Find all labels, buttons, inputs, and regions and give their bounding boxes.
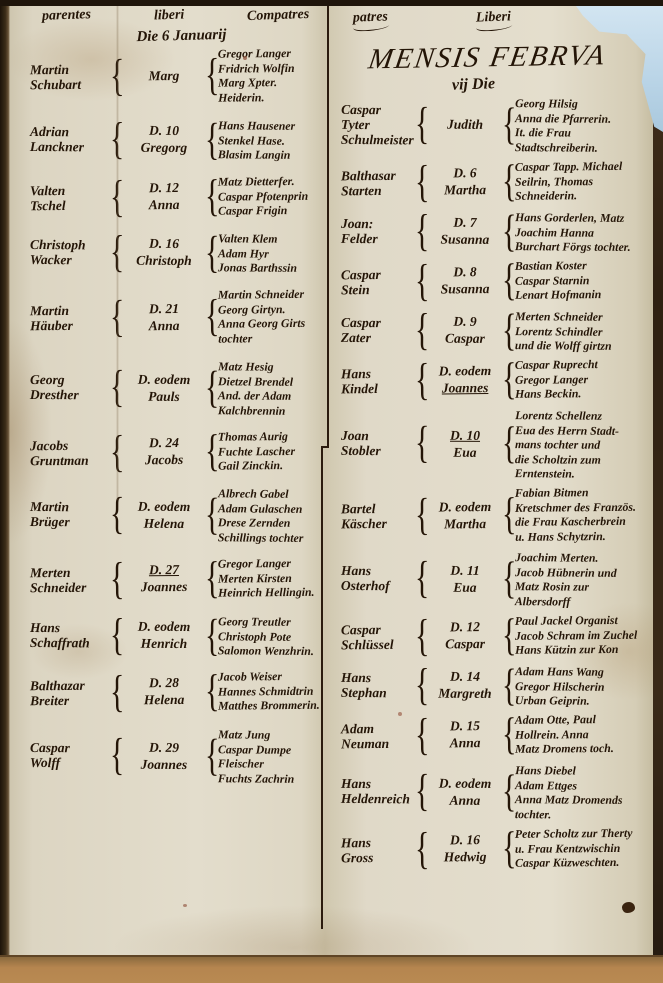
entry-child-name: Gregorg <box>123 140 205 157</box>
entry-child-name: Anna <box>428 735 502 752</box>
entry-parent-name: Jacobs Gruntman <box>30 437 110 468</box>
header-liberi: liberi <box>153 7 184 24</box>
register-entry: Martin Brüger { D. eodem Helena { Albrec… <box>30 485 323 545</box>
entry-date: D. 27 <box>123 562 205 579</box>
brace-icon: { <box>205 712 219 799</box>
entry-child-name: Henrich <box>123 635 205 652</box>
register-entry: Jacobs Gruntman { D. 24 Jacobs { Thomas … <box>30 428 323 474</box>
entry-middle: D. 12 Anna <box>123 180 205 214</box>
register-entry: Caspar Zater { D. 9 Caspar { Merten Schn… <box>341 307 646 353</box>
entry-middle: D. eodem Helena <box>123 498 205 532</box>
entry-middle: D. 8 Susanna <box>428 264 502 298</box>
brace-icon: { <box>110 602 123 667</box>
month-title: MENSIS FEBRVA <box>366 39 649 77</box>
register-entry: Hans Schaffrath { D. eodem Henrich { Geo… <box>30 612 323 658</box>
entry-parent-name: Bartel Käscher <box>341 501 415 532</box>
entry-middle: D. 16 Christoph <box>123 236 205 270</box>
entry-child-name: Eua <box>428 444 502 461</box>
register-entry: Hans Heldenreich { D. eodem Anna { Hans … <box>341 761 646 821</box>
entry-godparents: Adam Otte, Paul Hollrein. Anna Matz Drom… <box>515 712 646 757</box>
entry-parent-name: Caspar Wolff <box>30 739 110 770</box>
entry-godparents: Gregor Langer Fridrich Wolfin Marg Xpter… <box>218 46 324 105</box>
entry-date: D. 29 <box>123 739 205 756</box>
entry-date: D. 12 <box>428 619 502 636</box>
entry-parent-name: Martin Schubart <box>30 62 110 93</box>
entry-parent-name: Hans Kindel <box>341 365 415 396</box>
entry-middle: D. eodem Anna <box>428 775 502 809</box>
entry-child-name: Eua <box>428 579 502 596</box>
entry-date: D. eodem <box>428 498 502 515</box>
entry-middle: D. 6 Martha <box>428 165 502 199</box>
entry-child-name: Margreth <box>428 685 502 702</box>
entry-middle: D. 10 Eua <box>428 427 502 461</box>
entry-middle: D. eodem Henrich <box>123 618 205 652</box>
entry-parent-name: Martin Brüger <box>30 499 110 530</box>
register-entry: Balthasar Starten { D. 6 Martha { Caspar… <box>341 159 646 205</box>
entry-date: D. eodem <box>428 363 502 380</box>
entry-godparents: Fabian Bitmen Kretschmer des Französ. di… <box>515 485 647 544</box>
entry-parent-name: Georg Dresther <box>30 371 110 402</box>
entry-godparents: Jacob Weiser Hannes Schmidtrin Matthes B… <box>218 669 323 713</box>
entry-child-name: Joannes <box>123 579 205 596</box>
entry-parent-name: Joan Stobler <box>341 428 415 459</box>
month-date-header: Die 6 Januarij <box>40 24 323 48</box>
entry-middle: D. eodem Joannes <box>428 363 502 397</box>
entry-parent-name: Christoph Wacker <box>30 237 110 268</box>
entry-godparents: Merten Schneider Lorentz Schindler und d… <box>515 309 646 353</box>
entry-date: D. 15 <box>428 718 502 735</box>
left-column-header: parentes liberi Compatres <box>30 8 323 24</box>
register-entry: Adam Neuman { D. 15 Anna { Adam Otte, Pa… <box>341 712 646 758</box>
entry-date: D. eodem <box>123 498 205 515</box>
entry-middle: D. eodem Pauls <box>123 371 205 405</box>
center-rule-line <box>327 0 329 448</box>
entry-date: D. 8 <box>428 264 502 281</box>
entry-child-name: Pauls <box>123 388 205 405</box>
entry-date: D. eodem <box>123 618 205 635</box>
entry-child-name: Helena <box>123 692 205 709</box>
entry-parent-name: Hans Schaffrath <box>30 619 110 650</box>
entry-child-name: Martha <box>428 515 502 532</box>
entry-godparents: Hans Gorderlen, Matz Joachim Hanna Burch… <box>515 210 646 254</box>
paper-speck <box>243 56 247 60</box>
entry-parent-name: Caspar Zater <box>341 314 415 345</box>
entry-middle: D. 15 Anna <box>428 718 502 752</box>
entry-parent-name: Hans Stephan <box>341 669 415 700</box>
entry-child-name: Anna <box>428 792 502 809</box>
header-compatres: Compatres <box>246 7 309 25</box>
entry-parent-name: Valten Tschel <box>30 182 110 213</box>
entry-child-name: Caspar <box>428 330 502 347</box>
entry-godparents: Matz Jung Caspar Dumpe Fleischer Fuchts … <box>218 727 323 786</box>
register-entry: Adrian Lanckner { D. 10 Gregorg { Hans H… <box>30 117 323 163</box>
entry-middle: D. 28 Helena <box>123 675 205 709</box>
entry-middle: D. 21 Anna <box>123 300 205 334</box>
entry-godparents: Bastian Koster Caspar Starnin Lenart Hof… <box>515 258 646 303</box>
entry-middle: D. 11 Eua <box>428 562 502 596</box>
entry-middle: D. 9 Caspar <box>428 313 502 347</box>
entry-godparents: Gregor Langer Merten Kirsten Heinrich He… <box>218 556 323 600</box>
register-entry: Bartel Käscher { D. eodem Martha { Fabia… <box>341 485 646 546</box>
entry-godparents: Caspar Tapp. Michael Seilrin, Thomas Sch… <box>515 159 646 204</box>
header-patres: patres <box>353 9 389 31</box>
left-page: parentes liberi Compatres Die 6 Januarij… <box>10 2 327 955</box>
entry-date: D. 10 <box>123 123 205 140</box>
entry-child-name: Helena <box>123 515 205 532</box>
entry-godparents: Adam Hans Wang Gregor Hilscherin Urban G… <box>515 664 646 708</box>
entry-child-name: Marg <box>123 68 205 85</box>
entry-date: D. 11 <box>428 562 502 579</box>
binding-edge <box>0 0 10 955</box>
entry-date: D. 16 <box>123 236 205 253</box>
entry-godparents: Albrech Gabel Adam Gulaschen Drese Zernd… <box>218 486 323 545</box>
entry-child-name: Judith <box>428 117 502 134</box>
register-entry: Hans Stephan { D. 14 Margreth { Adam Han… <box>341 662 646 708</box>
entry-parent-name: Martin Häuber <box>30 302 110 333</box>
entry-parent-name: Caspar Stein <box>341 266 415 297</box>
center-rule-line <box>321 446 323 929</box>
entry-middle: D. 7 Susanna <box>428 214 502 248</box>
register-entry: Valten Tschel { D. 12 Anna { Matz Diette… <box>30 173 323 219</box>
entry-date: D. 16 <box>428 832 502 849</box>
entry-godparents: Hans Hausener Stenkel Hase. Blasim Langi… <box>218 118 323 162</box>
entry-child-name: Joannes <box>428 380 502 397</box>
entry-middle: D. 16 Hedwig <box>428 832 502 866</box>
paper-speck <box>398 712 402 716</box>
entry-middle: D. eodem Martha <box>428 498 502 532</box>
register-entry: Martin Schubart { Marg { Gregor Langer F… <box>30 46 323 107</box>
header-liberi: Liberi <box>475 9 511 31</box>
register-entry: Caspar Stein { D. 8 Susanna { Bastian Ko… <box>341 258 646 304</box>
entry-godparents: Peter Scholtz zur Therty u. Frau Kentzwi… <box>515 825 646 870</box>
entry-date: D. 10 <box>428 427 502 444</box>
right-page: patres Liberi Fidei. MENSIS FEBRVA vij D… <box>329 2 652 955</box>
paper-crease <box>116 0 119 500</box>
entry-godparents: Caspar Ruprecht Gregor Langer Hans Becki… <box>515 357 646 402</box>
entry-date: D. eodem <box>123 371 205 388</box>
entry-date: D. 12 <box>123 180 205 197</box>
entry-parent-name: Caspar Schlüssel <box>341 621 415 652</box>
entry-godparents: Thomas Aurig Fuchte Lascher Gail Zinckin… <box>218 428 323 472</box>
entry-child-name: Christoph <box>123 253 205 270</box>
entry-middle: D. 12 Caspar <box>428 619 502 653</box>
register-entry: Caspar Schlüssel { D. 12 Caspar { Paul J… <box>341 613 646 659</box>
entry-date: D. 6 <box>428 165 502 182</box>
book-top-edge <box>0 0 663 6</box>
entry-middle: D. 14 Margreth <box>428 668 502 702</box>
header-parentes: parentes <box>42 7 92 25</box>
entry-date: D. 24 <box>123 435 205 452</box>
entry-godparents: Hans Diebel Adam Ettges Anna Matz Dromen… <box>515 763 646 822</box>
entry-middle: D. 27 Joannes <box>123 562 205 596</box>
brace-icon: { <box>205 546 219 611</box>
entry-parent-name: Adrian Lanckner <box>30 124 110 155</box>
entry-middle: Marg <box>123 68 205 85</box>
paper-speck <box>183 904 187 907</box>
entry-godparents: Martin Schneider Georg Girtyn. Anna Geor… <box>218 286 324 345</box>
entry-child-name: Caspar <box>428 636 502 653</box>
entry-godparents: Joachim Merten. Jacob Hübnerin und Matz … <box>515 550 646 609</box>
brace-icon: { <box>502 815 516 880</box>
brace-icon: { <box>205 163 219 228</box>
entry-parent-name: Joan: Felder <box>341 215 415 246</box>
entry-child-name: Martha <box>428 182 502 199</box>
entry-godparents: Paul Jackel Organist Jacob Schram im Zuc… <box>515 613 646 658</box>
entry-child-name: Hedwig <box>428 849 502 866</box>
register-entry: Merten Schneider { D. 27 Joannes { Grego… <box>30 556 323 602</box>
entry-date: D. 9 <box>428 313 502 330</box>
entry-parent-name: Hans Osterhof <box>341 563 415 594</box>
register-entry: Caspar Tyter Schulmeister { Judith { Geo… <box>341 95 646 155</box>
center-rule-jog <box>321 446 329 448</box>
entry-godparents: Georg Hilsig Anna die Pfarrerin. It. die… <box>515 96 646 155</box>
entry-godparents: Georg Treutler Christoph Pote Salomon We… <box>218 614 323 658</box>
table-surface <box>0 955 663 983</box>
entry-parent-name: Merten Schneider <box>30 564 110 595</box>
entry-parent-name: Balthazar Breiter <box>30 677 110 708</box>
register-entry: Joan Stobler { D. 10 Eua { Lorentz Schel… <box>341 406 646 481</box>
entry-godparents: Matz Dietterfer. Caspar Pfotenprin Caspa… <box>218 173 323 217</box>
register-entry: Martin Häuber { D. 21 Anna { Martin Schn… <box>30 286 323 347</box>
entry-date: D. 7 <box>428 214 502 231</box>
book-right-edge <box>653 0 663 983</box>
register-entry: Hans Gross { D. 16 Hedwig { Peter Scholt… <box>341 825 646 871</box>
entry-middle: D. 24 Jacobs <box>123 435 205 469</box>
brace-icon: { <box>205 32 219 119</box>
entry-parent-name: Hans Heldenreich <box>341 775 415 806</box>
entry-child-name: Anna <box>123 317 205 334</box>
entry-child-name: Susanna <box>428 231 502 248</box>
entry-date: D. 28 <box>123 675 205 692</box>
entry-date: D. 14 <box>428 668 502 685</box>
entry-child-name: Susanna <box>428 281 502 298</box>
entry-parent-name: Hans Gross <box>341 834 415 865</box>
brace-icon: { <box>110 712 124 799</box>
entry-middle: D. 29 Joannes <box>123 739 205 773</box>
entry-middle: Judith <box>428 117 502 134</box>
entry-child-name: Joannes <box>123 756 205 773</box>
entry-date: D. eodem <box>428 775 502 792</box>
entry-child-name: Jacobs <box>123 452 205 469</box>
register-entry: Christoph Wacker { D. 16 Christoph { Val… <box>30 230 323 276</box>
entry-date: D. 21 <box>123 300 205 317</box>
register-entry: Caspar Wolff { D. 29 Joannes { Matz Jung… <box>30 725 323 785</box>
register-entry: Georg Dresther { D. eodem Pauls { Matz H… <box>30 357 323 417</box>
register-entry: Hans Kindel { D. eodem Joannes { Caspar … <box>341 357 646 403</box>
entry-parent-name: Balthasar Starten <box>341 167 415 198</box>
entry-middle: D. 10 Gregorg <box>123 123 205 157</box>
brace-icon: { <box>415 816 429 881</box>
register-entry: Balthazar Breiter { D. 28 Helena { Jacob… <box>30 669 323 715</box>
entry-child-name: Anna <box>123 197 205 214</box>
entry-godparents: Matz Hesig Dietzel Brendel And. der Adam… <box>218 359 323 418</box>
entry-parent-name: Adam Neuman <box>341 720 415 751</box>
register-entry: Hans Osterhof { D. 11 Eua { Joachim Mert… <box>341 549 646 609</box>
entry-godparents: Lorentz Schellenz Eua des Herrn Stadt- m… <box>515 408 647 481</box>
entry-parent-name: Caspar Tyter Schulmeister <box>341 101 415 147</box>
entry-godparents: Valten Klem Adam Hyr Jonas Barthssin <box>218 231 323 275</box>
register-entry: Joan: Felder { D. 7 Susanna { Hans Gorde… <box>341 208 646 254</box>
